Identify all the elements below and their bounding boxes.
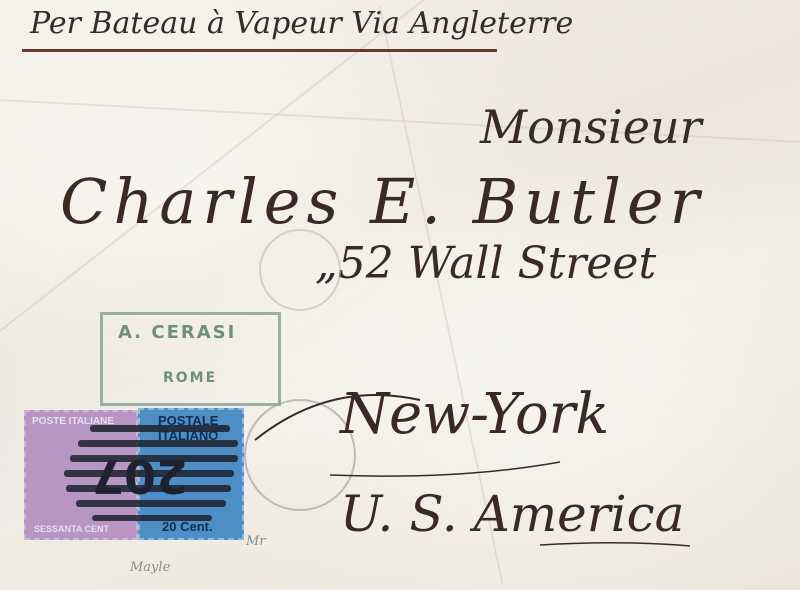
handstamp-line1: A. CERASI bbox=[118, 322, 236, 343]
salutation: Monsieur bbox=[480, 100, 702, 154]
street-address: „52 Wall Street bbox=[315, 238, 656, 289]
underline bbox=[22, 49, 497, 52]
pencil-note-signature: Mayle bbox=[130, 560, 170, 575]
stamp-60-cent: POSTE ITALIANE SESSANTA CENT bbox=[24, 410, 138, 540]
addressee-name: Charles E. Butler bbox=[60, 165, 705, 238]
stamp-20-cent: POSTALE ITALIANO 20 Cent. bbox=[138, 408, 244, 540]
city: New-York bbox=[340, 382, 609, 447]
envelope: Per Bateau à Vapeur Via Angleterre Monsi… bbox=[0, 0, 800, 590]
handstamp-line2: ROME bbox=[163, 370, 217, 386]
country: U. S. America bbox=[340, 485, 684, 543]
pencil-note-mark: Mr bbox=[246, 534, 266, 549]
routing-instruction: Per Bateau à Vapeur Via Angleterre bbox=[30, 6, 573, 41]
